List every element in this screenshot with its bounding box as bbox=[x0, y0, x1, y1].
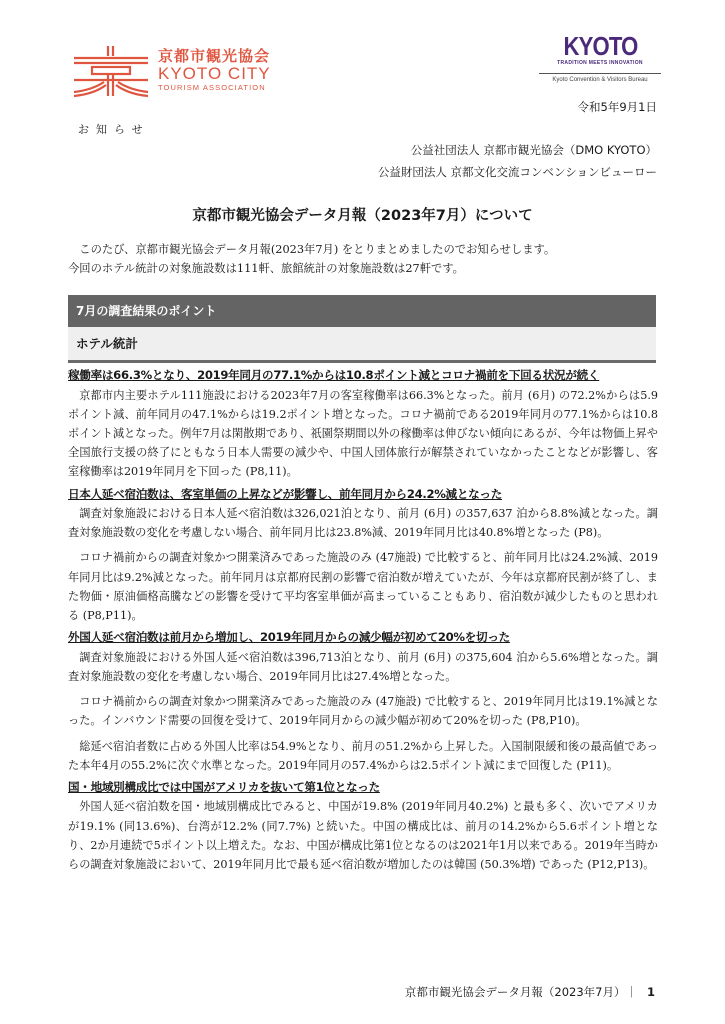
logo-name-jp: 京都市観光協会 bbox=[158, 48, 271, 65]
kyoto-convention-bureau-logo: KYOTO TRADITION MEETS INNOVATION Kyoto C… bbox=[545, 33, 655, 93]
issuer-dmo-kyoto: 公益社団法人 京都市観光協会（DMO KYOTO） bbox=[411, 142, 657, 158]
page-footer: 京都市観光協会データ月報（2023年7月）｜1 bbox=[405, 984, 655, 1000]
logo-subtitle-en: TOURISM ASSOCIATION bbox=[158, 83, 271, 93]
logo-divider bbox=[539, 73, 661, 74]
logo-name-en: KYOTO CITY bbox=[158, 65, 271, 83]
issue-date: 令和5年9月1日 bbox=[578, 99, 657, 115]
kyoto-subtitle: Kyoto Convention & Visitors Bureau bbox=[539, 76, 661, 84]
paragraph: 総延べ宿泊者数に占める外国人比率は54.9%となり、前月の51.2%から上昇した… bbox=[68, 737, 658, 775]
document-body: 稼働率は66.3%となり、2019年同月の77.1%からは10.8ポイント減とコ… bbox=[68, 366, 658, 880]
intro: このたび、京都市観光協会データ月報(2023年7月) をとりまとめましたのでお知… bbox=[68, 240, 668, 278]
paragraph: コロナ禍前からの調査対象かつ開業済みであった施設のみ (47施設) で比較すると… bbox=[68, 548, 658, 625]
section-occupancy: 稼働率は66.3%となり、2019年同月の77.1%からは10.8ポイント減とコ… bbox=[68, 366, 658, 482]
footer-label: 京都市観光協会データ月報（2023年7月）｜ bbox=[405, 985, 637, 999]
page-number: 1 bbox=[647, 985, 655, 999]
intro-line: このたび、京都市観光協会データ月報(2023年7月) をとりまとめましたのでお知… bbox=[68, 240, 668, 259]
section-country-breakdown: 国・地域別構成比では中国がアメリカを抜いて第1位となった 外国人延べ宿泊数を国・… bbox=[68, 778, 658, 874]
document-title: 京都市観光協会データ月報（2023年7月）について bbox=[0, 204, 725, 225]
section-heading: 国・地域別構成比では中国がアメリカを抜いて第1位となった bbox=[68, 778, 658, 798]
section-japanese-guests: 日本人延べ宿泊数は、客室単価の上昇などが影響し、前年同月から24.2%減となった… bbox=[68, 485, 658, 626]
section-header-bar: 7月の調査結果のポイント bbox=[68, 295, 656, 327]
section-heading: 日本人延べ宿泊数は、客室単価の上昇などが影響し、前年同月から24.2%減となった bbox=[68, 485, 658, 505]
paragraph: 京都市内主要ホテル111施設における2023年7月の客室稼働率は66.3%となっ… bbox=[68, 386, 658, 482]
subsection-header-bar: ホテル統計 bbox=[68, 327, 656, 363]
intro-line: 今回のホテル統計の対象施設数は111軒、旅館統計の対象施設数は27軒です。 bbox=[68, 259, 668, 278]
kyoto-wordmark: KYOTO bbox=[563, 33, 637, 59]
section-heading: 稼働率は66.3%となり、2019年同月の77.1%からは10.8ポイント減とコ… bbox=[68, 366, 658, 386]
paragraph: 調査対象施設における外国人延べ宿泊数は396,713泊となり、前月 (6月) の… bbox=[68, 648, 658, 686]
paragraph: 外国人延べ宿泊数を国・地域別構成比でみると、中国が19.8% (2019年同月4… bbox=[68, 797, 658, 874]
notice-label: お知らせ bbox=[78, 121, 150, 137]
section-foreign-guests: 外国人延べ宿泊数は前月から増加し、2019年同月からの減少幅が初めて20%を切っ… bbox=[68, 628, 658, 775]
kyoto-kanji-mark-icon bbox=[72, 42, 150, 98]
paragraph: 調査対象施設における日本人延べ宿泊数は326,021泊となり、前月 (6月) の… bbox=[68, 504, 658, 542]
issuer-convention-bureau: 公益財団法人 京都文化交流コンベンションビューロー bbox=[378, 164, 657, 180]
paragraph: コロナ禍前からの調査対象かつ開業済みであった施設のみ (47施設) で比較すると… bbox=[68, 692, 658, 730]
kyoto-city-tourism-logo: 京都市観光協会 KYOTO CITY TOURISM ASSOCIATION bbox=[72, 42, 322, 102]
section-heading: 外国人延べ宿泊数は前月から増加し、2019年同月からの減少幅が初めて20%を切っ… bbox=[68, 628, 658, 648]
